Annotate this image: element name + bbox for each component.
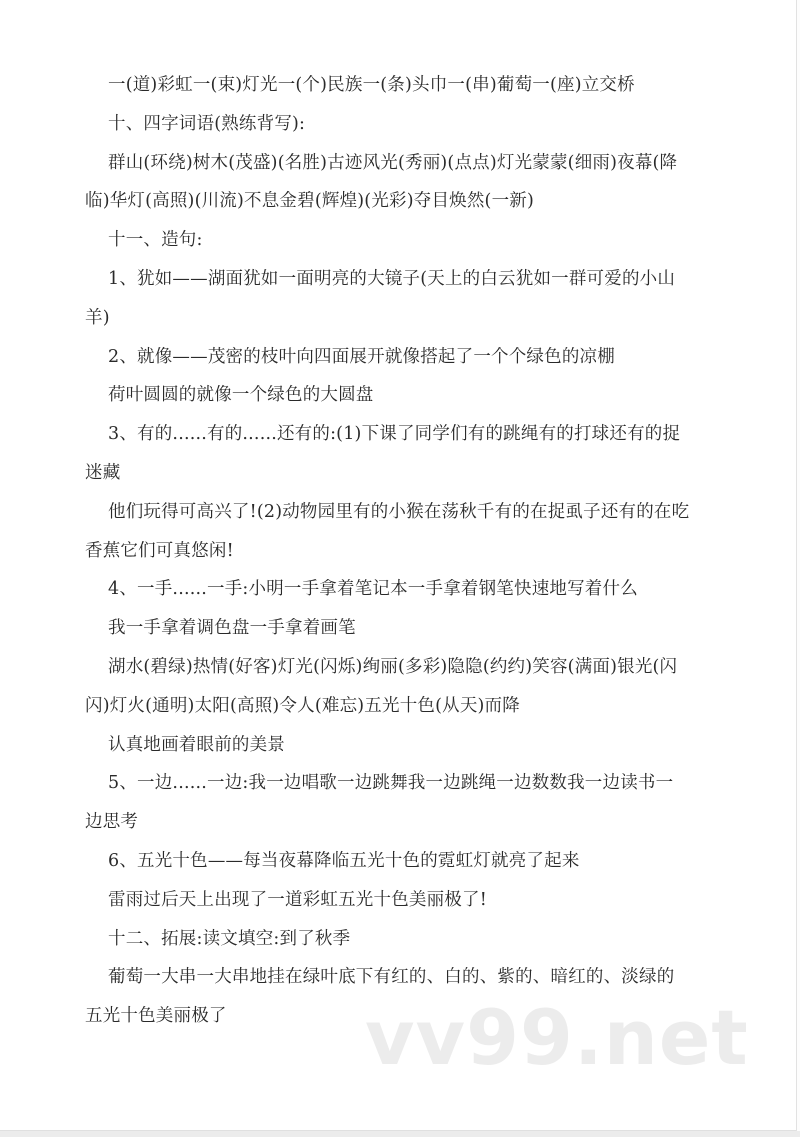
text-line: 群山(环绕)树木(茂盛)(名胜)古迹风光(秀丽)(点点)灯光蒙蒙(细雨)夜幕(降 <box>85 144 705 183</box>
text-line: 认真地画着眼前的美景 <box>85 726 705 765</box>
text-line: 羊) <box>85 299 705 338</box>
text-line: 1、犹如——湖面犹如一面明亮的大镜子(天上的白云犹如一群可爱的小山 <box>85 260 705 299</box>
text-line: 3、有的......有的......还有的:(1)下课了同学们有的跳绳有的打球还… <box>85 415 705 454</box>
text-line: 边思考 <box>85 803 705 842</box>
text-line: 我一手拿着调色盘一手拿着画笔 <box>85 609 705 648</box>
text-line: 香蕉它们可真悠闲! <box>85 532 705 571</box>
measure-word-line: 一(道)彩虹一(束)灯光一(个)民族一(条)头巾一(串)葡萄一(座)立交桥 <box>85 66 705 105</box>
document-body: 一(道)彩虹一(束)灯光一(个)民族一(条)头巾一(串)葡萄一(座)立交桥 十、… <box>85 66 705 1036</box>
text-line: 荷叶圆圆的就像一个绿色的大圆盘 <box>85 376 705 415</box>
text-line: 迷藏 <box>85 454 705 493</box>
text-line: 葡萄一大串一大串地挂在绿叶底下有红的、白的、紫的、暗红的、淡绿的 <box>85 958 705 997</box>
text-line: 闪)灯火(通明)太阳(高照)令人(难忘)五光十色(从天)而降 <box>85 687 705 726</box>
text-line: 5、一边......一边:我一边唱歌一边跳舞我一边跳绳一边数数我一边读书一 <box>85 764 705 803</box>
section-eleven-heading: 十一、造句: <box>85 221 705 260</box>
text-line: 4、一手......一手:小明一手拿着笔记本一手拿着钢笔快速地写着什么 <box>85 570 705 609</box>
text-line: 6、五光十色——每当夜幕降临五光十色的霓虹灯就亮了起来 <box>85 842 705 881</box>
section-ten-heading: 十、四字词语(熟练背写): <box>85 105 705 144</box>
text-line: 临)华灯(高照)(川流)不息金碧(辉煌)(光彩)夺目焕然(一新) <box>85 182 705 221</box>
document-page: 一(道)彩虹一(束)灯光一(个)民族一(条)头巾一(串)葡萄一(座)立交桥 十、… <box>0 0 797 1132</box>
text-line: 他们玩得可高兴了!(2)动物园里有的小猴在荡秋千有的在捉虱子还有的在吃 <box>85 493 705 532</box>
page-bottom-edge <box>0 1131 800 1137</box>
section-twelve-heading: 十二、拓展:读文填空:到了秋季 <box>85 920 705 959</box>
text-line: 湖水(碧绿)热情(好客)灯光(闪烁)绚丽(多彩)隐隐(约约)笑容(满面)银光(闪 <box>85 648 705 687</box>
text-line: 雷雨过后天上出现了一道彩虹五光十色美丽极了! <box>85 881 705 920</box>
watermark: vv99.net <box>365 1000 749 1076</box>
text-line: 2、就像——茂密的枝叶向四面展开就像搭起了一个个绿色的凉棚 <box>85 338 705 377</box>
